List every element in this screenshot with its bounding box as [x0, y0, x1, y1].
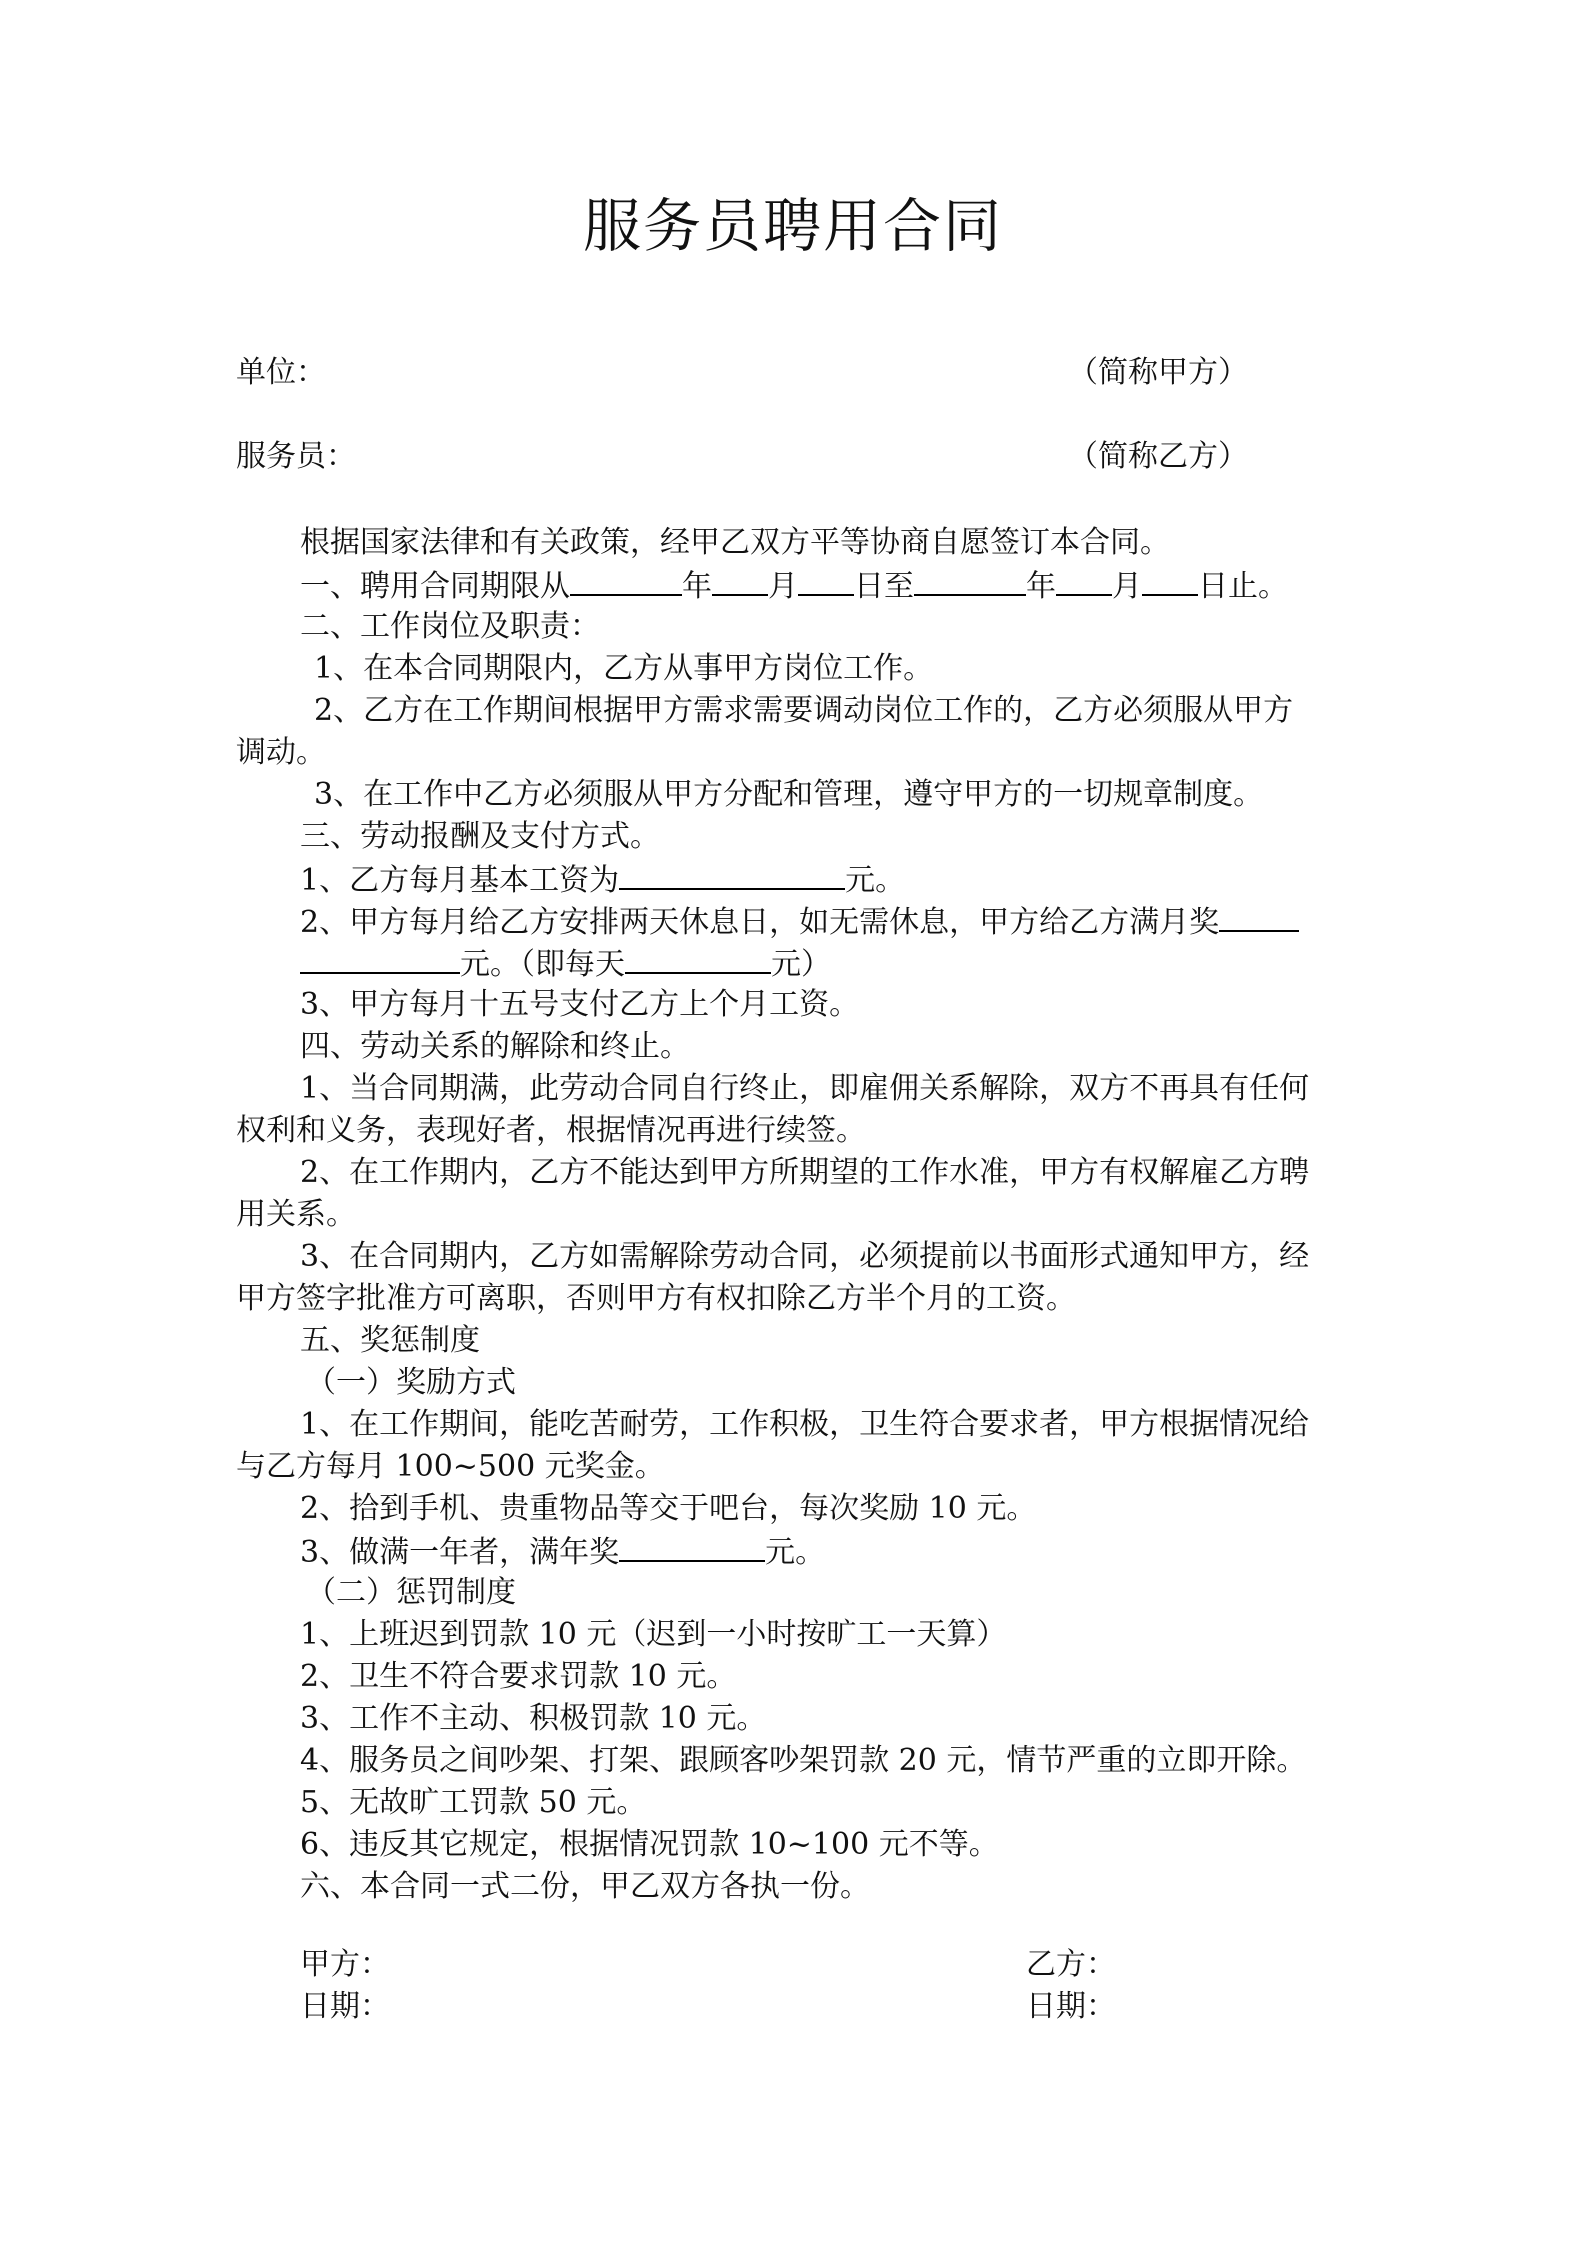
- end-year-blank[interactable]: [914, 564, 1026, 596]
- section2-item2-line1: 2、乙方在工作期间根据甲方需求需要调动岗位工作的，乙方必须服从甲方: [314, 690, 1293, 732]
- section4-heading: 四、劳动关系的解除和终止。: [300, 1026, 690, 1068]
- section1-contract-term: 一、聘用合同期限从年月日至年月日止。: [300, 564, 1288, 608]
- full-attendance-bonus-blank[interactable]: [1219, 900, 1299, 932]
- section5-heading: 五、奖惩制度: [300, 1320, 480, 1362]
- year-label: 年: [682, 569, 712, 604]
- penalties-heading: （二）惩罚制度: [306, 1572, 516, 1614]
- party-b-signature-label: 乙方：: [1026, 1944, 1116, 1986]
- unit-abbreviation-note: （简称甲方）: [1068, 352, 1248, 394]
- currency-suffix: 元。: [845, 863, 905, 898]
- section4-item1-line2: 权利和义务，表现好者，根据情况再进行续签。: [236, 1110, 866, 1152]
- month-label: 月: [768, 569, 798, 604]
- section3-item1: 1、乙方每月基本工资为元。: [300, 858, 905, 902]
- per-day-blank[interactable]: [625, 942, 771, 974]
- base-salary-label: 1、乙方每月基本工资为: [300, 863, 619, 898]
- section3-item2-line1: 2、甲方每月给乙方安排两天休息日，如无需休息，甲方给乙方满月奖: [300, 900, 1299, 944]
- penalty6: 6、违反其它规定，根据情况罚款 10~100 元不等。: [300, 1824, 999, 1866]
- end-day-blank[interactable]: [1142, 564, 1198, 596]
- section2-item1: 1、在本合同期限内，乙方从事甲方岗位工作。: [314, 648, 933, 690]
- section4-item2-line2: 用关系。: [236, 1194, 356, 1236]
- party-b-date-label: 日期：: [1026, 1986, 1116, 2028]
- party-a-date-label: 日期：: [300, 1986, 390, 2028]
- reward3: 3、做满一年者，满年奖元。: [300, 1530, 825, 1574]
- section2-item3: 3、在工作中乙方必须服从甲方分配和管理，遵守甲方的一切规章制度。: [314, 774, 1263, 816]
- section3-heading: 三、劳动报酬及支付方式。: [300, 816, 660, 858]
- full-attendance-label: 2、甲方每月给乙方安排两天休息日，如无需休息，甲方给乙方满月奖: [300, 905, 1219, 940]
- full-attendance-bonus-blank-cont[interactable]: [300, 942, 460, 974]
- reward2: 2、拾到手机、贵重物品等交于吧台，每次奖励 10 元。: [300, 1488, 1036, 1530]
- reward1-line2: 与乙方每月 100~500 元奖金。: [236, 1446, 665, 1488]
- section4-item3-line2: 甲方签字批准方可离职，否则甲方有权扣除乙方半个月的工资。: [236, 1278, 1076, 1320]
- reward1-line1: 1、在工作期间，能吃苦耐劳，工作积极，卫生符合要求者，甲方根据情况给: [300, 1404, 1309, 1446]
- rewards-heading: （一）奖励方式: [306, 1362, 516, 1404]
- currency-suffix: 元。: [765, 1535, 825, 1570]
- section3-item3: 3、甲方每月十五号支付乙方上个月工资。: [300, 984, 859, 1026]
- party-a-signature-label: 甲方：: [300, 1944, 390, 1986]
- day-to-label: 日至: [854, 569, 914, 604]
- penalty2: 2、卫生不符合要求罚款 10 元。: [300, 1656, 736, 1698]
- section4-item3-line1: 3、在合同期内，乙方如需解除劳动合同，必须提前以书面形式通知甲方，经: [300, 1236, 1309, 1278]
- intro-paragraph: 根据国家法律和有关政策，经甲乙双方平等协商自愿签订本合同。: [300, 522, 1170, 564]
- start-year-blank[interactable]: [570, 564, 682, 596]
- month-label: 月: [1112, 569, 1142, 604]
- section1-prefix: 一、聘用合同期限从: [300, 569, 570, 604]
- start-day-blank[interactable]: [798, 564, 854, 596]
- section2-heading: 二、工作岗位及职责：: [300, 606, 600, 648]
- per-day-label: 元。（即每天: [460, 947, 625, 982]
- penalty5: 5、无故旷工罚款 50 元。: [300, 1782, 646, 1824]
- annual-bonus-label: 3、做满一年者，满年奖: [300, 1535, 619, 1570]
- penalty3: 3、工作不主动、积极罚款 10 元。: [300, 1698, 766, 1740]
- annual-bonus-blank[interactable]: [619, 1530, 765, 1562]
- year-label: 年: [1026, 569, 1056, 604]
- base-salary-blank[interactable]: [619, 858, 845, 890]
- section3-item2-line2: 元。（即每天元）: [300, 942, 831, 986]
- document-page: 服务员聘用合同 单位： （简称甲方） 服务员： （简称乙方） 根据国家法律和有关…: [0, 0, 1586, 2244]
- section4-item1-line1: 1、当合同期满，此劳动合同自行终止，即雇佣关系解除，双方不再具有任何: [300, 1068, 1309, 1110]
- end-month-blank[interactable]: [1056, 564, 1112, 596]
- unit-label: 单位：: [236, 352, 326, 394]
- penalty1: 1、上班迟到罚款 10 元（迟到一小时按旷工一天算）: [300, 1614, 1006, 1656]
- staff-abbreviation-note: （简称乙方）: [1068, 436, 1248, 478]
- section2-item2-line2: 调动。: [236, 732, 326, 774]
- start-month-blank[interactable]: [712, 564, 768, 596]
- day-end-label: 日止。: [1198, 569, 1288, 604]
- currency-suffix: 元）: [771, 947, 831, 982]
- section4-item2-line1: 2、在工作期内，乙方不能达到甲方所期望的工作水准，甲方有权解雇乙方聘: [300, 1152, 1309, 1194]
- penalty4: 4、服务员之间吵架、打架、跟顾客吵架罚款 20 元，情节严重的立即开除。: [300, 1740, 1306, 1782]
- section6: 六、本合同一式二份，甲乙双方各执一份。: [300, 1866, 870, 1908]
- document-title: 服务员聘用合同: [0, 186, 1586, 266]
- staff-label: 服务员：: [236, 436, 356, 478]
